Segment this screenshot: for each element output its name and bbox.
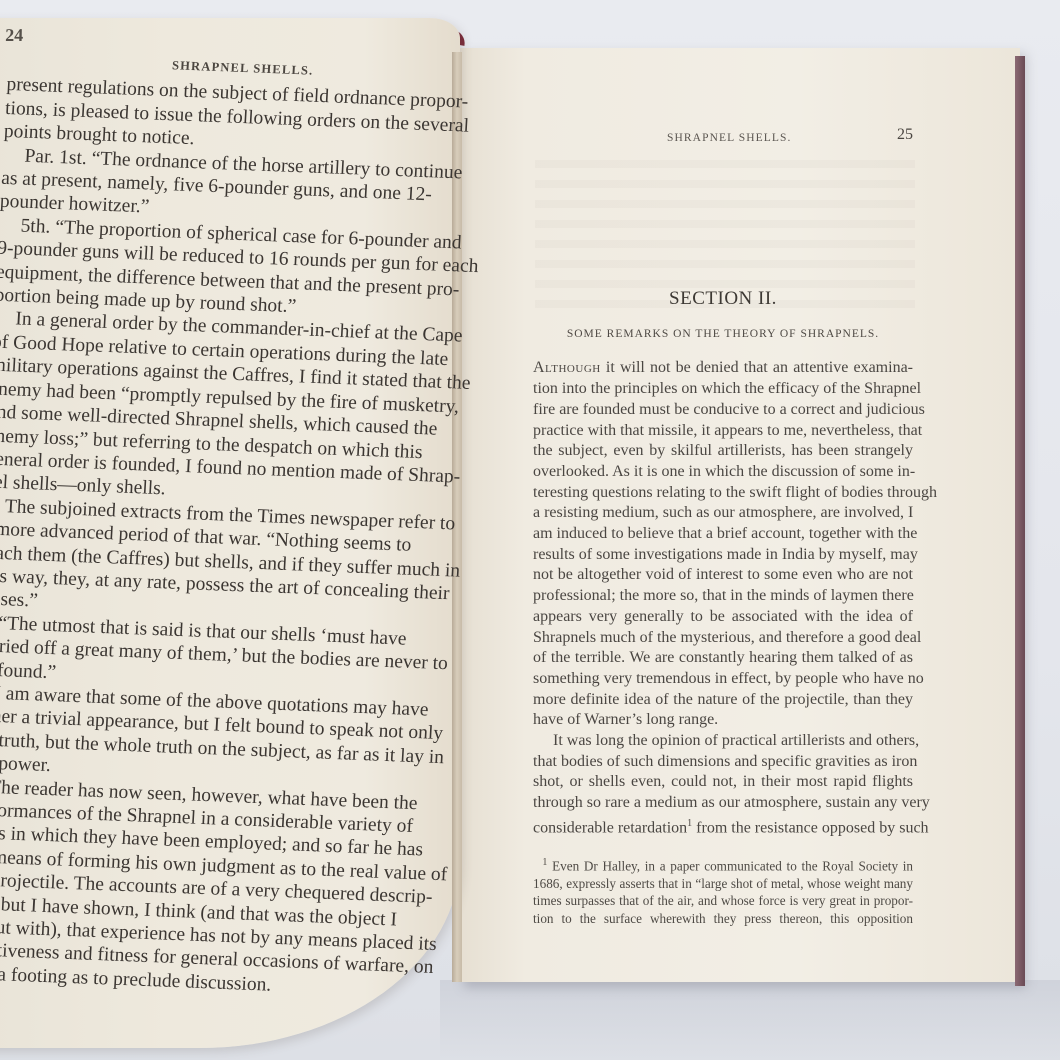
text-line: something very tremendous in effect, by … xyxy=(533,669,913,690)
text-line: the subject, even by skilful artillerist… xyxy=(533,441,913,462)
text-line: tion into the principles on which the ef… xyxy=(533,379,913,400)
footnote-line: 1 Even Dr Halley, in a paper communicate… xyxy=(533,854,913,875)
book-cover-edge xyxy=(1015,56,1025,986)
page-number: 25 xyxy=(897,125,913,146)
paragraph: I am aware that some of the above quotat… xyxy=(0,681,403,791)
text-line: It was long the opinion of practical art… xyxy=(533,731,913,752)
paragraph: The reader has now seen, however, what h… xyxy=(0,775,398,1002)
running-head: SHRAPNEL SHELLS. xyxy=(667,128,792,149)
text-line: shot, or shells even, could not, in thei… xyxy=(533,772,913,793)
text-line: results of some investigations made in I… xyxy=(533,545,913,566)
page-number: 24 xyxy=(5,24,23,47)
paragraph: 5th. “The proportion of spherical case f… xyxy=(0,214,429,324)
footnote-line: 1686, expressly asserts that in “large s… xyxy=(533,875,913,893)
text-line: professional; the more so, that in the m… xyxy=(533,586,913,607)
text-line: fire are founded must be conducive to a … xyxy=(533,400,913,421)
text-line: not be altogether void of interest to so… xyxy=(533,565,913,586)
footnote-line: times surpasses that of the air, and who… xyxy=(533,892,913,910)
text-line: overlooked. As it is one in which the di… xyxy=(533,462,913,483)
drop-word: Although xyxy=(533,359,601,376)
text-line: Although it will not be denied that an a… xyxy=(533,358,913,379)
paragraph: Although it will not be denied that an a… xyxy=(533,358,913,731)
text-line: considerable retardation1 from the resis… xyxy=(533,814,913,839)
text-line: appears very generally to be associated … xyxy=(533,607,913,628)
text-line: have of Warner’s long range. xyxy=(533,710,913,731)
text-line: Shrapnels much of the mysterious, and th… xyxy=(533,628,913,649)
background-cloth-shadow xyxy=(440,980,1060,1060)
text-line: am induced to believe that a brief accou… xyxy=(533,524,913,545)
right-page-content: SHRAPNEL SHELLS. 25 SECTION II. SOME REM… xyxy=(533,128,913,928)
right-page-header: SHRAPNEL SHELLS. 25 xyxy=(533,128,913,150)
paragraph: The subjoined extracts from the Times ne… xyxy=(0,494,413,627)
footnote: 1 Even Dr Halley, in a paper communicate… xyxy=(533,854,913,928)
paragraph: It was long the opinion of practical art… xyxy=(533,731,913,839)
text-line: more definite idea of the nature of the … xyxy=(533,690,913,711)
footnote-marker: 1 xyxy=(687,818,692,829)
paragraph: In a general order by the commander-in-c… xyxy=(0,307,424,510)
left-page-content: 24 SHRAPNEL SHELLS. present regulations … xyxy=(0,22,440,1001)
section-subtitle: SOME REMARKS ON THE THEORY OF SHRAPNELS. xyxy=(533,324,913,345)
text-line: practice with that missile, it appears t… xyxy=(533,421,913,442)
text-line: that bodies of such dimensions and speci… xyxy=(533,752,913,773)
footnote-line: tion to the surface wherewith they press… xyxy=(533,910,913,928)
text-line: teresting questions relating to the swif… xyxy=(533,483,913,504)
text-line: of the terrible. We are constantly heari… xyxy=(533,648,913,669)
text-line: through so rare a medium as our atmosphe… xyxy=(533,793,913,814)
section-title: SECTION II. xyxy=(533,289,913,310)
text-line: a resisting medium, such as our atmosphe… xyxy=(533,503,913,524)
